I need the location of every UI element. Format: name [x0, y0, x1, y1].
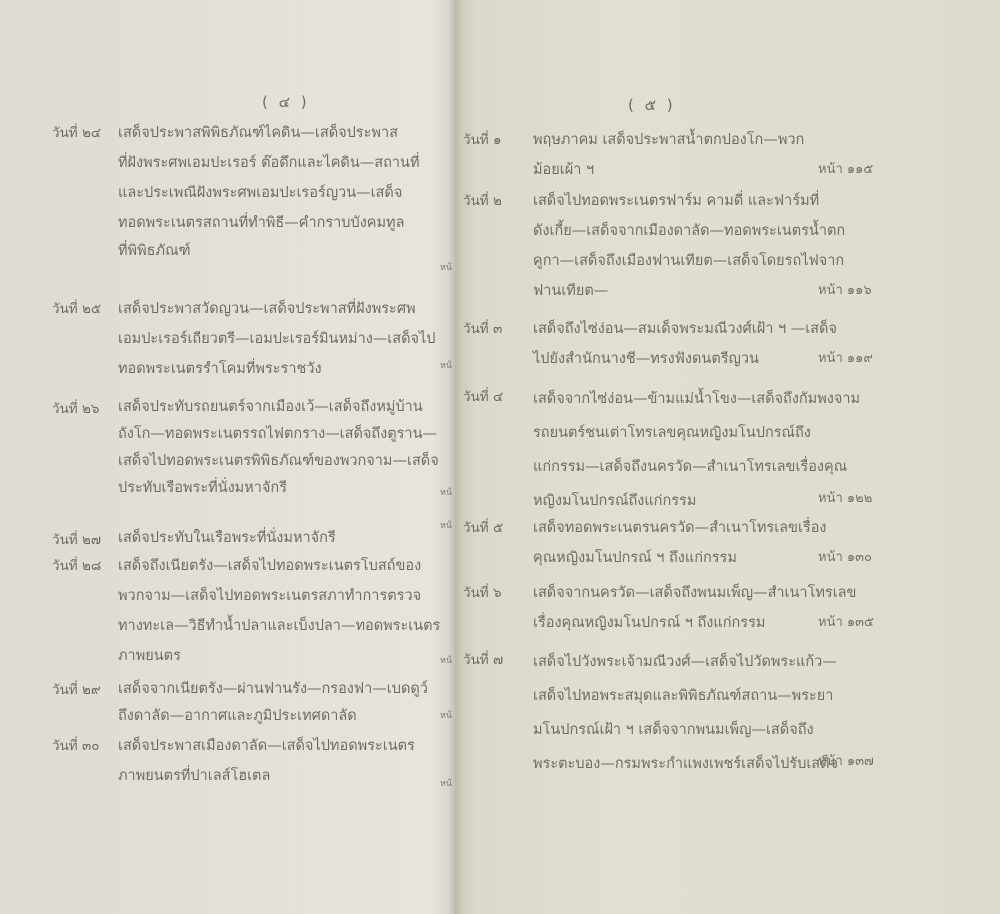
entry-line: เสด็จจากไซ่ง่อน—ข้ามแม่น้ำโขง—เสด็จถึงกั… — [533, 382, 860, 416]
entry-line: เสด็จทอดพระเนตรนครวัด—สำเนาโทรเลขเรื่อง — [533, 513, 827, 543]
entry-line: พวกจาม—เสด็จไปทอดพระเนตรสภาทำการตรวจ — [118, 581, 440, 611]
page-number: ( ๕ ) — [628, 93, 676, 117]
entry-line: เสด็จประทับในเรือพระที่นั่งมหาจักรี — [118, 525, 336, 551]
entry-line: และประเพณีฝังพระศพเอมปะเรอร์ญวน—เสด็จ — [118, 178, 420, 208]
entry-line: ประทับเรือพระที่นั่งมหาจักรี — [118, 475, 439, 502]
entry-line: ภาพยนตรที่ปาเลส์โฮเตล — [118, 761, 415, 791]
entry-line: ที่พิพิธภัณฑ์ — [118, 238, 420, 264]
entry-line: คูกา—เสด็จถึงเมืองฟานเทียต—เสด็จโดยรถไฟจ… — [533, 246, 845, 276]
entry-line: พฤษภาคม เสด็จประพาสน้ำตกปองโก—พวก — [533, 125, 804, 155]
entry-line: พระตะบอง—กรมพระกำแพงเพชร์เสด็จไปรับเสด็จ — [533, 747, 838, 781]
entry-line: เสด็จไปทอดพระเนตรพิพิธภัณฑ์ของพวกจาม—เสด… — [118, 448, 439, 475]
entry-line: ถึงดาลัด—อากาศและภูมิประเทศดาลัด — [118, 703, 428, 729]
entry-line: เสด็จไปวังพระเจ้ามณีวงศ์—เสด็จไปวัดพระแก… — [533, 645, 838, 679]
day-label: วันที่ ๒๙ — [52, 675, 101, 705]
page-reference: หน้า ๑๑๙ — [818, 344, 873, 374]
day-label: วันที่ ๑ — [463, 125, 502, 155]
entry-line: เรื่องคุณหญิงมโนปกรณ์ ฯ ถึงแก่กรรม — [533, 608, 856, 638]
entry-line: ฟานเทียต— — [533, 276, 845, 306]
day-label: วันที่ ๒๕ — [52, 294, 101, 324]
entry-line: ทอดพระเนตรรำโคมที่พระราชวัง — [118, 354, 436, 384]
day-label: วันที่ ๒ — [463, 186, 502, 216]
entry-line: เสด็จจากนครวัด—เสด็จถึงพนมเพ็ญ—สำเนาโทรเ… — [533, 578, 856, 608]
day-label: วันที่ ๕ — [463, 513, 503, 543]
entry-line: รถยนตร์ชนเต่าโทรเลขคุณหญิงมโนปกรณ์ถึง — [533, 416, 860, 450]
page-reference: หน้า ๑๒๒ — [818, 484, 872, 514]
entry-line: ภาพยนตร — [118, 641, 440, 671]
page-reference: หน้า ๑๑๕ — [818, 155, 873, 185]
day-label: วันที่ ๔ — [463, 382, 503, 412]
right-page: ( ๕ ) วันที่ ๑ พฤษภาคม เสด็จประพาสน้ำตกป… — [455, 0, 1000, 914]
entry-line: เสด็จประพาสเมืองดาลัด—เสด็จไปทอดพระเนตร — [118, 731, 415, 761]
page-reference: หน้า ๑๓๗ — [818, 747, 874, 777]
entry-line: เสด็จประทับรถยนตร์จากเมืองเว้—เสด็จถึงหม… — [118, 394, 439, 421]
entry-line: เสด็จประพาสพิพิธภัณฑ์ไคดิน—เสด็จประพาส — [118, 118, 420, 148]
entry-line: ถังโก—ทอดพระเนตรรถไฟตกราง—เสด็จถึงตูราน— — [118, 421, 439, 448]
day-label: วันที่ ๒๔ — [52, 118, 101, 148]
day-label: วันที่ ๒๘ — [52, 551, 101, 581]
day-label: วันที่ ๓ — [463, 314, 502, 344]
day-label: วันที่ ๓๐ — [52, 731, 99, 761]
entry-line: เอมปะเรอร์เถียวตรี—เอมปะเรอร์มินหม่าง—เส… — [118, 324, 436, 354]
entry-line: เสด็จถึงไซ่ง่อน—สมเด็จพระมณีวงศ์เฝ้า ฯ —… — [533, 314, 837, 344]
page-reference: หน้า ๑๑๖ — [818, 276, 872, 306]
entry-line: เสด็จไปหอพระสมุดและพิพิธภัณฑ์สถาน—พระยา — [533, 679, 838, 713]
entry-line: เสด็จจากเนียตรัง—ผ่านฟานรัง—กรองฟา—เบดดู… — [118, 675, 428, 703]
entry-line: เสด็จประพาสวัดญวน—เสด็จประพาสที่ฝังพระศพ — [118, 294, 436, 324]
day-label: วันที่ ๗ — [463, 645, 503, 675]
left-page: ( ๔ ) วันที่ ๒๔ เสด็จประพาสพิพิธภัณฑ์ไคด… — [0, 0, 455, 914]
entry-line: ม้อยเผ้า ฯ — [533, 155, 804, 185]
day-label: วันที่ ๖ — [463, 578, 502, 608]
entry-line: ที่ฝังพระศพเอมปะเรอร์ ต๊อดึกและไคดิน—สถา… — [118, 148, 420, 178]
entry-line: แก่กรรม—เสด็จถึงนครวัด—สำเนาโทรเลขเรื่อง… — [533, 450, 860, 484]
page-reference: หน้า ๑๓๕ — [818, 608, 874, 638]
page-number: ( ๔ ) — [262, 90, 310, 114]
entry-line: เสด็จไปทอดพระเนตรฟาร์ม คามดี่ และฟาร์มที… — [533, 186, 845, 216]
entry-line: ดังเกี้ย—เสด็จจากเมืองดาลัด—ทอดพระเนตรน้… — [533, 216, 845, 246]
entry-line: ทอดพระเนตรสถานที่ทำพิธี—คำกราบบังคมทูล — [118, 208, 420, 238]
entry-line: ทางทะเล—วิธีทำน้ำปลาและเบ็งปลา—ทอดพระเนต… — [118, 611, 440, 641]
entry-line: ไปยังสำนักนางชี—ทรงฟังดนตรีญวน — [533, 344, 837, 374]
entry-line: มโนปกรณ์เฝ้า ฯ เสด็จจากพนมเพ็ญ—เสด็จถึง — [533, 713, 838, 747]
book-gutter — [448, 0, 462, 914]
entry-line: เสด็จถึงเนียตรัง—เสด็จไปทอดพระเนตรโบสถ์ข… — [118, 551, 440, 581]
page-reference: หน้า ๑๓๐ — [818, 543, 872, 573]
entry-line: คุณหญิงมโนปกรณ์ ฯ ถึงแก่กรรม — [533, 543, 827, 573]
day-label: วันที่ ๒๖ — [52, 394, 99, 424]
